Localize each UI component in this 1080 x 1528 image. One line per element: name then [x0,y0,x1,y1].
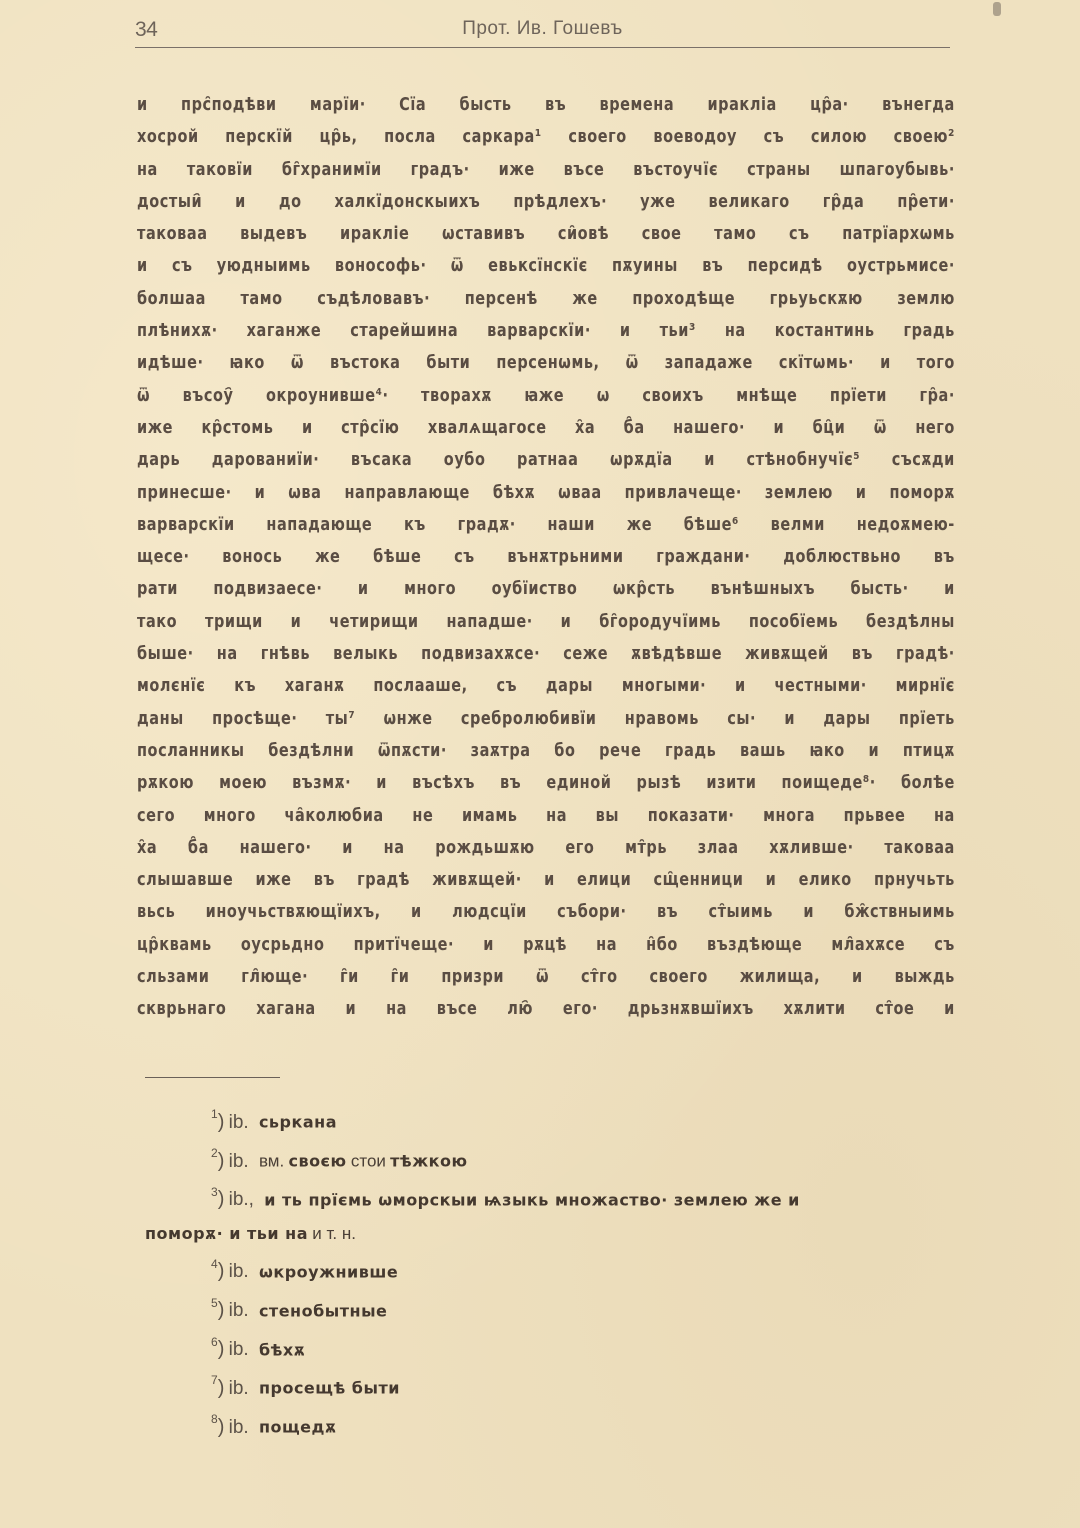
footnote-1: 1) ib. сьркана [145,1100,960,1139]
footnote-marker: 1) [211,1111,224,1133]
footnote-marker: 6) [211,1338,224,1360]
footnote-5: 5) ib. стенобытные [145,1289,960,1328]
text-line: молєнїє къ хаганѫ послааше, съ дары мног… [137,670,955,702]
scan-smudge [993,2,1001,16]
footnote-marker: 3) [211,1188,224,1210]
footnote-ibid: ib. [229,1378,249,1399]
text-line: тако трищи и четирищи нападше· и бг̑ород… [137,606,955,638]
header-rule [135,47,950,48]
running-head: 34 Прот. Ив. Гошевъ [135,18,950,50]
text-line: хосрой перскїй цр̑ь, посла саркара¹ свое… [137,121,955,153]
footnote-ibid: ib. [229,1261,249,1282]
footnote-text-plain: вм. [259,1152,284,1171]
footnote-3-continuation: поморѫ· и тьи на и т. н. [145,1217,960,1250]
text-line: достыи҄ и до халкїдонскыихъ прѣдлехъ· уж… [137,186,955,218]
footnote-ibid: ib., [229,1189,254,1210]
text-line: дарь дарованиїи· въсака оубо ратнаа ѡрѫд… [137,444,955,476]
footnote-text: поморѫ· и тьи на [145,1224,308,1243]
footnote-text-plain: и т. н. [312,1224,356,1243]
footnote-ibid: ib. [229,1300,249,1321]
text-line: сего много ча̑колюбиа не имамь на вы пок… [137,800,955,832]
footnote-rule [145,1077,280,1078]
text-line: цр̑квамь оусрьдно притїчеще· и рѫцѣ на н… [137,929,955,961]
footnote-4: 4) ib. ѡкроужнивше [145,1250,960,1289]
text-line: х̑а б̑а нашего· и на рождьшѫю его мт̑рь … [137,832,955,864]
footnote-6: 6) ib. бѣхѫ [145,1328,960,1367]
footnote-ibid: ib. [229,1339,249,1360]
footnote-text: стенобытные [259,1301,387,1320]
footnote-text: бѣхѫ [259,1340,305,1359]
footnote-text: и ть прїємь ѡморскыи ѩзыкь множаство· зе… [264,1190,800,1209]
footnote-8: 8) ib. пощедѫ [145,1405,960,1444]
text-line: быше· на гнѣвь велыкь подвизахѫсе· сеже … [137,638,955,670]
text-line: варварскїи нападающе къ градѫ· наши же б… [137,509,955,541]
footnote-2: 2) ib. вм. своєю стои тѣжкою [145,1139,960,1178]
footnote-text: тѣжкою [390,1152,467,1171]
footnote-3: 3) ib., и ть прїємь ѡморскыи ѩзыкь множа… [145,1178,960,1217]
text-line: иже кр̑стомь и стр̑сїю хвалѧщагосе х̑а б… [137,412,955,444]
text-line: посланникы бездѣлни ѿпѫсти· заѫтра бо ре… [137,735,955,767]
book-page: 34 Прот. Ив. Гошевъ и прс̑подѣви марїи· … [0,0,1080,1528]
text-line: принесше· и ѡва направлающе бѣхѫ ѡваа пр… [137,477,955,509]
footnote-ibid: ib. [229,1417,249,1438]
text-line: сльзами гл̑юще· г̑и г̑и призри ѿ ст̑го с… [137,961,955,993]
footnote-7: 7) ib. просещѣ быти [145,1366,960,1405]
main-text: и прс̑подѣви марїи· Сїа бысть въ времена… [137,89,955,1026]
text-line: таковаа выдевъ иракліе ѡставивъ си̑овѣ с… [137,218,955,250]
footnote-text: пощедѫ [259,1418,337,1437]
text-line: идѣше· ꙗко ѿ въстока быти персенѡмь, ѿ з… [137,347,955,379]
text-line: слышавше иже въ градѣ живѫщей· и елици с… [137,864,955,896]
footnote-ibid: ib. [229,1112,249,1133]
text-line: вьсь иноучьствѫющїихъ, и людсцїи събори·… [137,896,955,928]
footnote-ibid: ib. [229,1151,249,1172]
text-line: на таковїи бг̑хранимїи градъ· иже въсе в… [137,154,955,186]
footnote-marker: 5) [211,1299,224,1321]
text-line: и прс̑подѣви марїи· Сїа бысть въ времена… [137,89,955,121]
footnote-text: сьркана [259,1113,337,1132]
text-line: рѫкою моею възмѫ· и въсѣхъ въ единой рыз… [137,767,955,799]
footnote-marker: 4) [211,1260,224,1282]
text-line: скврьнаго хагана и на въсе лю҄ его· дрьз… [137,993,955,1025]
text-line: и съ уюдныимь вонософь· ѿ евьксїнскїє пѫ… [137,250,955,282]
text-line: плѣнихѫ· хаганже старейшина варварскїи· … [137,315,955,347]
footnote-marker: 2) [211,1150,224,1172]
text-line: даны просѣще· ты⁷ ѡнже сребролюбивїи нра… [137,703,955,735]
footnote-text: ѡкроужнивше [259,1262,398,1281]
text-line: болшаа тамо съдѣловавъ· персенѣ же прохо… [137,283,955,315]
text-line: щесе· вонось же бѣше съ вънѫтрьними граж… [137,541,955,573]
footnote-marker: 7) [211,1377,224,1399]
text-line: ѿ въсоу҄ окроунивше⁴· творахѫ ꙗже ѡ свои… [137,380,955,412]
text-line: рати подвизаесе· и много оубїиство ѡкр̑с… [137,573,955,605]
running-title: Прот. Ив. Гошевъ [135,18,950,40]
footnote-text: просещѣ быти [259,1379,400,1398]
footnote-marker: 8) [211,1416,224,1438]
footnotes: 1) ib. сьркана 2) ib. вм. своєю стои тѣж… [145,1100,960,1444]
footnote-text-plain: стои [351,1152,386,1171]
footnote-text: своєю [288,1152,346,1171]
